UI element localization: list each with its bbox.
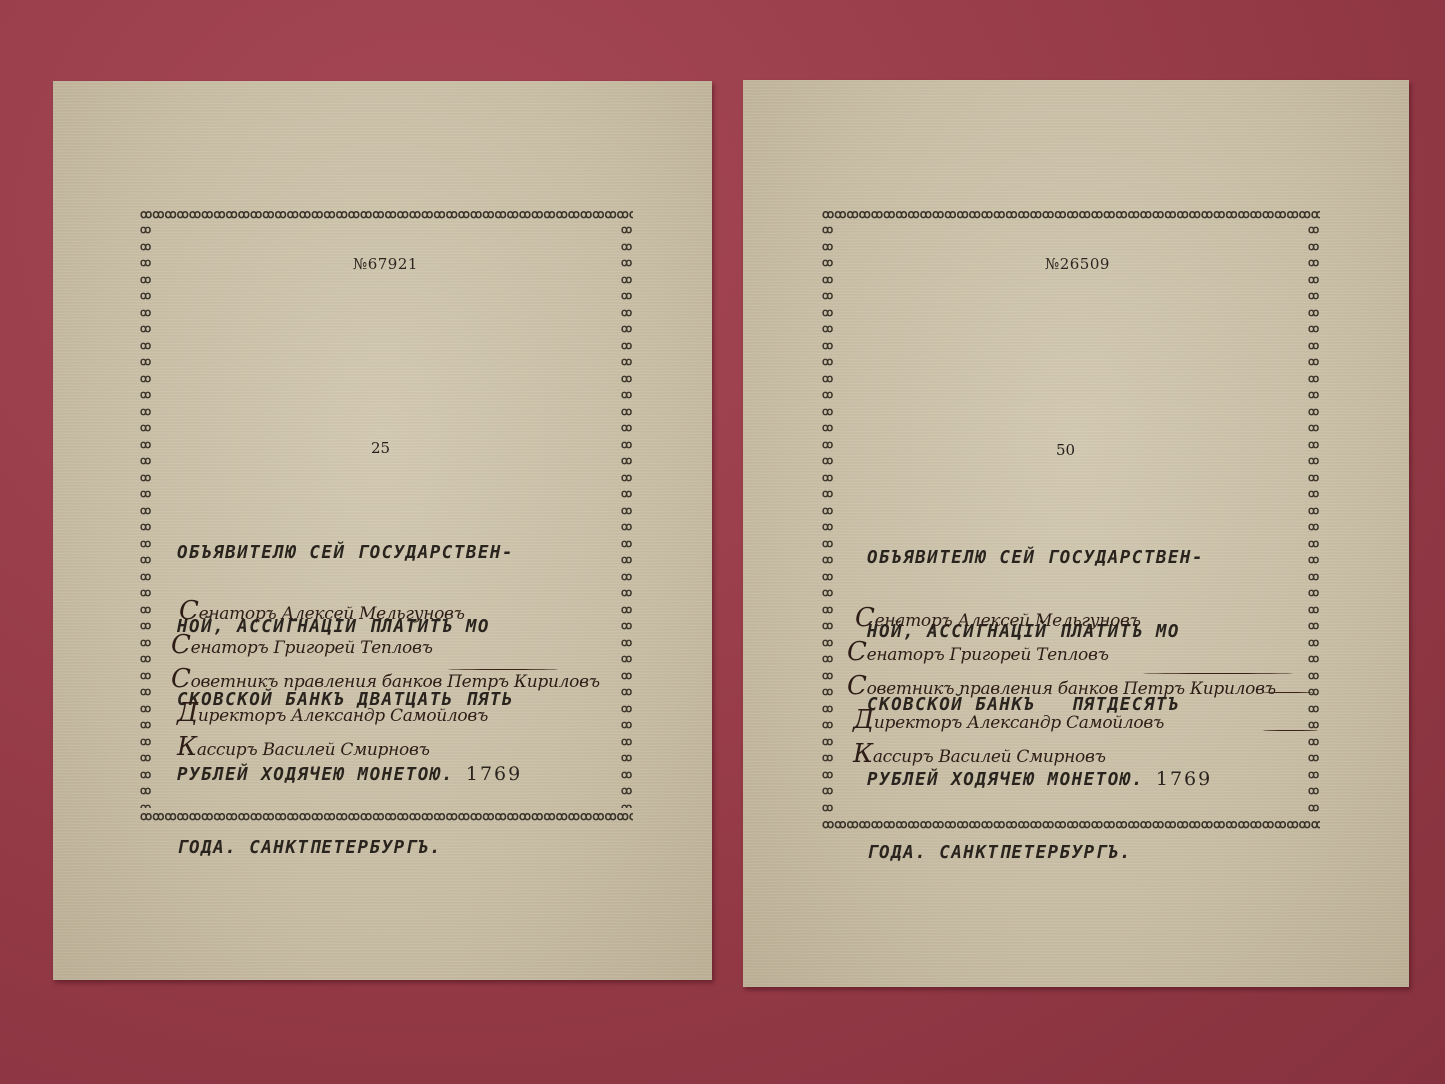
signature: Советникъ правления банков Петръ Кирилов… [847,669,1276,703]
printed-line: года. Санктпетербургъ. [177,836,522,861]
banknote-50-rubles: ꝏꝏꝏꝏꝏꝏꝏꝏꝏꝏꝏꝏꝏꝏꝏꝏꝏꝏꝏꝏꝏꝏꝏꝏꝏꝏꝏꝏꝏꝏꝏꝏꝏꝏꝏꝏꝏꝏꝏꝏ… [743,80,1409,987]
serial-number: №26509 [1045,255,1110,273]
signature: Сенаторъ Алексей Мельгуновъ [171,594,600,628]
signature: Кассиръ Василей Смирновъ [171,730,600,764]
year: 1769 [466,763,522,785]
signature: Сенаторъ Григорей Тепловъ [847,635,1276,669]
signatures: Сенаторъ Алексей Мельгуновъ Сенаторъ Гри… [847,601,1276,771]
denomination-figure: 50 [1056,441,1075,459]
border-left: ꝏꝏꝏꝏꝏꝏꝏꝏꝏꝏꝏꝏꝏꝏꝏꝏꝏꝏꝏꝏꝏꝏꝏꝏꝏꝏꝏꝏꝏꝏꝏꝏꝏꝏꝏꝏꝏꝏꝏꝏ [140,222,152,808]
serial-number: №67921 [353,255,418,273]
printed-line: Объявителю сей государствен- [867,546,1212,571]
banknote-25-rubles: ꝏꝏꝏꝏꝏꝏꝏꝏꝏꝏꝏꝏꝏꝏꝏꝏꝏꝏꝏꝏꝏꝏꝏꝏꝏꝏꝏꝏꝏꝏꝏꝏꝏꝏꝏꝏꝏꝏꝏꝏ… [53,81,712,980]
signature-flourish [1263,730,1318,731]
signature-flourish [448,669,558,670]
border-top: ꝏꝏꝏꝏꝏꝏꝏꝏꝏꝏꝏꝏꝏꝏꝏꝏꝏꝏꝏꝏꝏꝏꝏꝏꝏꝏꝏꝏꝏꝏꝏꝏꝏꝏꝏꝏꝏꝏꝏꝏ… [822,208,1320,220]
border-left: ꝏꝏꝏꝏꝏꝏꝏꝏꝏꝏꝏꝏꝏꝏꝏꝏꝏꝏꝏꝏꝏꝏꝏꝏꝏꝏꝏꝏꝏꝏꝏꝏꝏꝏꝏꝏꝏꝏꝏꝏ [822,222,834,816]
denomination-figure: 25 [371,439,390,457]
printed-line: года. Санктпетербургъ. [867,841,1212,866]
signatures: Сенаторъ Алексей Мельгуновъ Сенаторъ Гри… [171,594,600,764]
border-right: ꝏꝏꝏꝏꝏꝏꝏꝏꝏꝏꝏꝏꝏꝏꝏꝏꝏꝏꝏꝏꝏꝏꝏꝏꝏꝏꝏꝏꝏꝏꝏꝏꝏꝏꝏꝏꝏꝏꝏꝏ [1308,222,1320,816]
printed-line-text: рублей ходячею монетою. [177,765,454,785]
signature: Сенаторъ Алексей Мельгуновъ [847,601,1276,635]
signature: Советникъ правления банков Петръ Кирилов… [171,662,600,696]
signature: Сенаторъ Григорей Тепловъ [171,628,600,662]
signature: Кассиръ Василей Смирновъ [847,737,1276,771]
border-top: ꝏꝏꝏꝏꝏꝏꝏꝏꝏꝏꝏꝏꝏꝏꝏꝏꝏꝏꝏꝏꝏꝏꝏꝏꝏꝏꝏꝏꝏꝏꝏꝏꝏꝏꝏꝏꝏꝏꝏꝏ… [140,208,633,220]
border-right: ꝏꝏꝏꝏꝏꝏꝏꝏꝏꝏꝏꝏꝏꝏꝏꝏꝏꝏꝏꝏꝏꝏꝏꝏꝏꝏꝏꝏꝏꝏꝏꝏꝏꝏꝏꝏꝏꝏꝏꝏ [621,222,633,808]
signature-flourish [1263,692,1313,693]
signature: Директоръ Александр Самойловъ [171,696,600,730]
printed-line: рублей ходячею монетою. 1769 [177,762,522,788]
printed-line-text: рублей ходячею монетою. [867,770,1144,790]
signature-flourish [1143,673,1293,674]
printed-line: Объявителю сей государствен- [177,541,522,566]
signature: Директоръ Александр Самойловъ [847,703,1276,737]
